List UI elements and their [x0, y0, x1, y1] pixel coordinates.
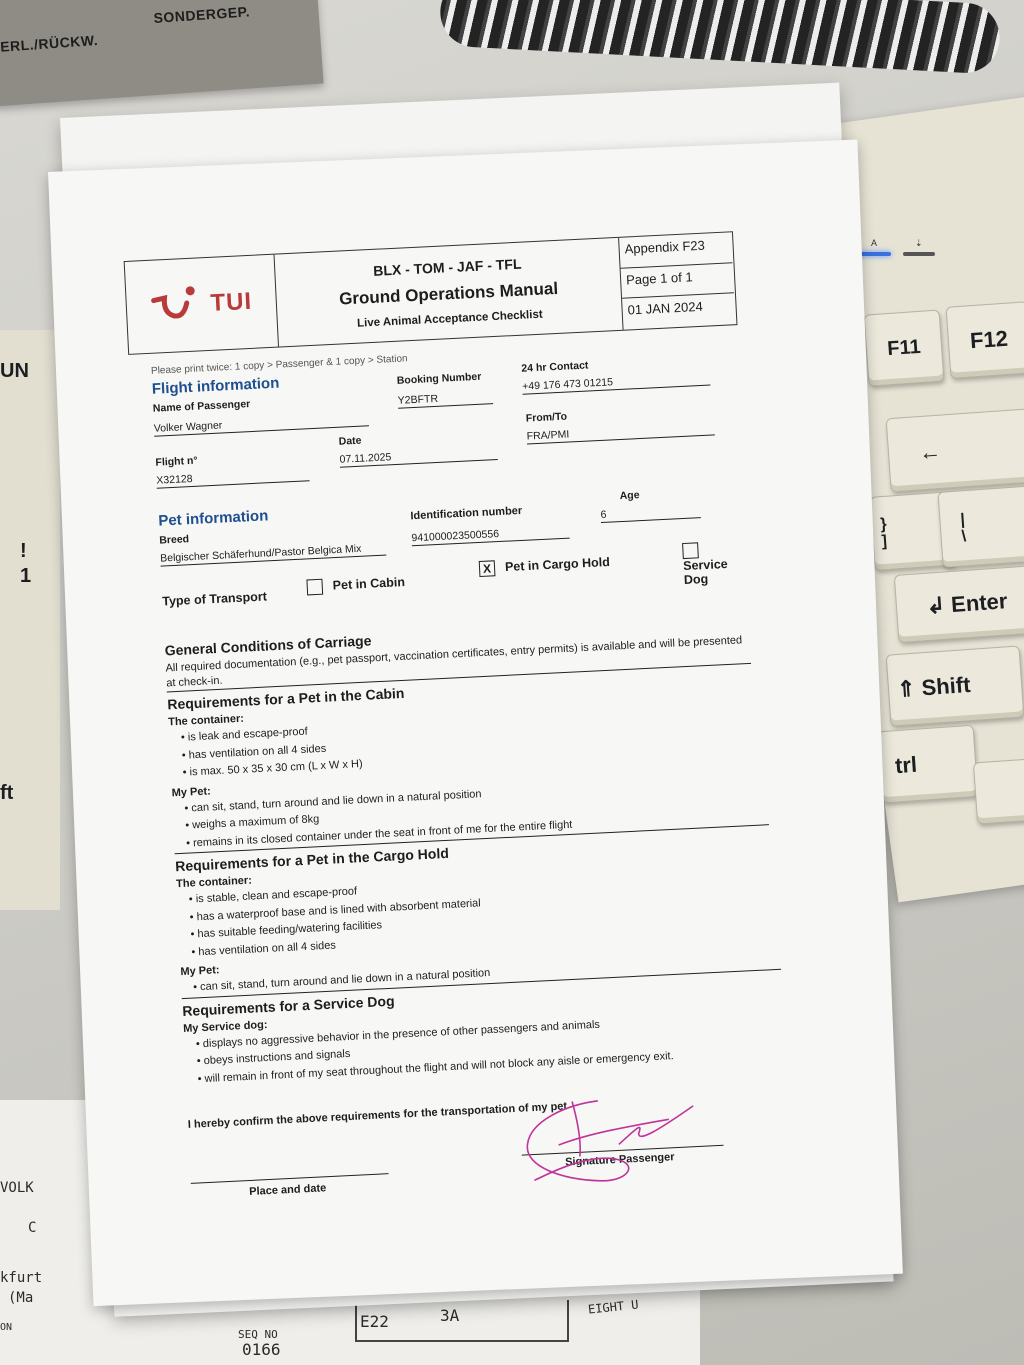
ticket-fragment-on: ON — [0, 1322, 12, 1333]
date-field[interactable]: 07.11.2025 — [339, 446, 497, 468]
left-key-fragment-exclaim: ! — [20, 540, 27, 563]
ticket-city-fragment-2: (Ma — [8, 1290, 33, 1306]
key-ctrl[interactable]: trl — [878, 725, 979, 804]
left-key-fragment-un: UN — [0, 360, 29, 383]
tray-label-return: ERL./RÜCKW. — [0, 32, 99, 55]
checkbox-pet-in-cabin[interactable] — [306, 579, 323, 596]
identification-number-label: Identification number — [410, 505, 522, 522]
key-f11[interactable]: F11 — [864, 309, 945, 386]
capslock-led-icon — [859, 252, 891, 256]
ticket-name-fragment: VOLK — [0, 1180, 34, 1196]
cargo-requirements-section: Requirements for a Pet in the Cargo Hold… — [175, 829, 781, 999]
header-subtitle: Live Animal Acceptance Checklist — [357, 309, 543, 330]
checklist-document: TUI BLX - TOM - JAF - TFL Ground Operati… — [124, 231, 780, 1220]
left-key-fragment-one: 1 — [20, 565, 31, 588]
passenger-name-label: Name of Passenger — [153, 398, 251, 415]
tray-label-special-baggage: SONDERGEP. — [153, 3, 250, 26]
header-meta: Appendix F23 Page 1 of 1 01 JAN 2024 — [619, 232, 735, 329]
document-header: TUI BLX - TOM - JAF - TFL Ground Operati… — [124, 231, 738, 355]
tui-wordmark: TUI — [210, 288, 253, 318]
contact-field[interactable]: +49 176 473 01215 — [522, 372, 710, 395]
flight-number-field[interactable]: X32128 — [156, 467, 310, 488]
checkbox-service-dog[interactable] — [682, 542, 699, 559]
passenger-name-field[interactable]: Volker Wagner — [154, 412, 369, 436]
option-pet-in-cabin[interactable]: Pet in Cabin — [306, 575, 405, 596]
identification-number-field[interactable]: 941000023500556 — [411, 525, 569, 547]
transport-type-label: Type of Transport — [162, 589, 267, 608]
option-service-dog[interactable]: Service Dog — [682, 540, 750, 587]
header-route: BLX - TOM - JAF - TFL — [373, 256, 522, 279]
header-date: 01 JAN 2024 — [622, 294, 735, 330]
date-label: Date — [338, 435, 361, 448]
from-to-field[interactable]: FRA/PMI — [526, 421, 714, 444]
flight-info-title: Flight information — [152, 375, 280, 398]
header-title: Ground Operations Manual — [339, 279, 559, 310]
booking-number-label: Booking Number — [397, 371, 482, 387]
pet-info-section: Pet information Breed Belgischer Schäfer… — [158, 478, 751, 617]
key-backslash[interactable]: | \ — [937, 484, 1024, 568]
from-to-label: From/To — [526, 411, 568, 425]
booking-number-field[interactable]: Y2BFTR — [397, 390, 493, 409]
cabin-requirements-section: Requirements for a Pet in the Cabin The … — [167, 667, 769, 854]
ticket-freight-fragment: EIGHT U — [587, 1297, 639, 1316]
confirmation-section: I hereby confirm the above requirements … — [188, 1090, 792, 1219]
pet-info-title: Pet information — [158, 507, 269, 529]
capslock-led-label: A — [871, 238, 877, 248]
handwritten-signature-icon — [517, 1088, 711, 1192]
age-field[interactable]: 6 — [600, 504, 701, 523]
header-center: BLX - TOM - JAF - TFL Ground Operations … — [275, 238, 624, 347]
option-pet-in-cargo-hold[interactable]: XPet in Cargo Hold — [479, 555, 611, 577]
key-backspace[interactable]: ← — [886, 406, 1024, 493]
key-arrow-left[interactable] — [973, 758, 1024, 825]
ticket-seq-no: 0166 — [242, 1340, 281, 1359]
checklist-paper: TUI BLX - TOM - JAF - TFL Ground Operati… — [48, 139, 903, 1306]
place-date-field[interactable] — [190, 1159, 388, 1184]
scroll-led-icon — [903, 252, 935, 256]
keyboard-left-edge: UN ! 1 ft — [0, 330, 60, 910]
checkbox-pet-in-cargo-hold[interactable]: X — [479, 560, 496, 577]
confirmation-text: I hereby confirm the above requirements … — [188, 1100, 568, 1131]
key-f12[interactable]: F12 — [946, 301, 1024, 379]
option-pet-in-cabin-label: Pet in Cabin — [332, 575, 405, 593]
age-label: Age — [619, 489, 639, 502]
option-service-dog-label: Service Dog — [683, 557, 728, 587]
key-enter[interactable]: ↲ Enter — [894, 565, 1024, 643]
option-pet-in-cargo-hold-label: Pet in Cargo Hold — [505, 555, 610, 574]
ticket-city-fragment: kfurt — [0, 1270, 42, 1286]
flight-number-label: Flight n° — [155, 455, 198, 469]
left-key-fragment-shift: ft — [0, 782, 13, 805]
ticket-fragment-c: C — [28, 1220, 36, 1236]
tui-logo: TUI — [125, 255, 279, 354]
contact-label: 24 hr Contact — [521, 359, 589, 374]
place-date-label: Place and date — [249, 1182, 327, 1198]
breed-label: Breed — [159, 533, 189, 546]
breed-field[interactable]: Belgischer Schäferhund/Pastor Belgica Mi… — [160, 542, 386, 567]
scroll-led-label: ⇣ — [915, 238, 923, 249]
ticket-box-frame — [355, 1300, 569, 1342]
tui-smile-icon — [150, 284, 204, 326]
key-shift[interactable]: ⇑ Shift — [886, 645, 1024, 726]
